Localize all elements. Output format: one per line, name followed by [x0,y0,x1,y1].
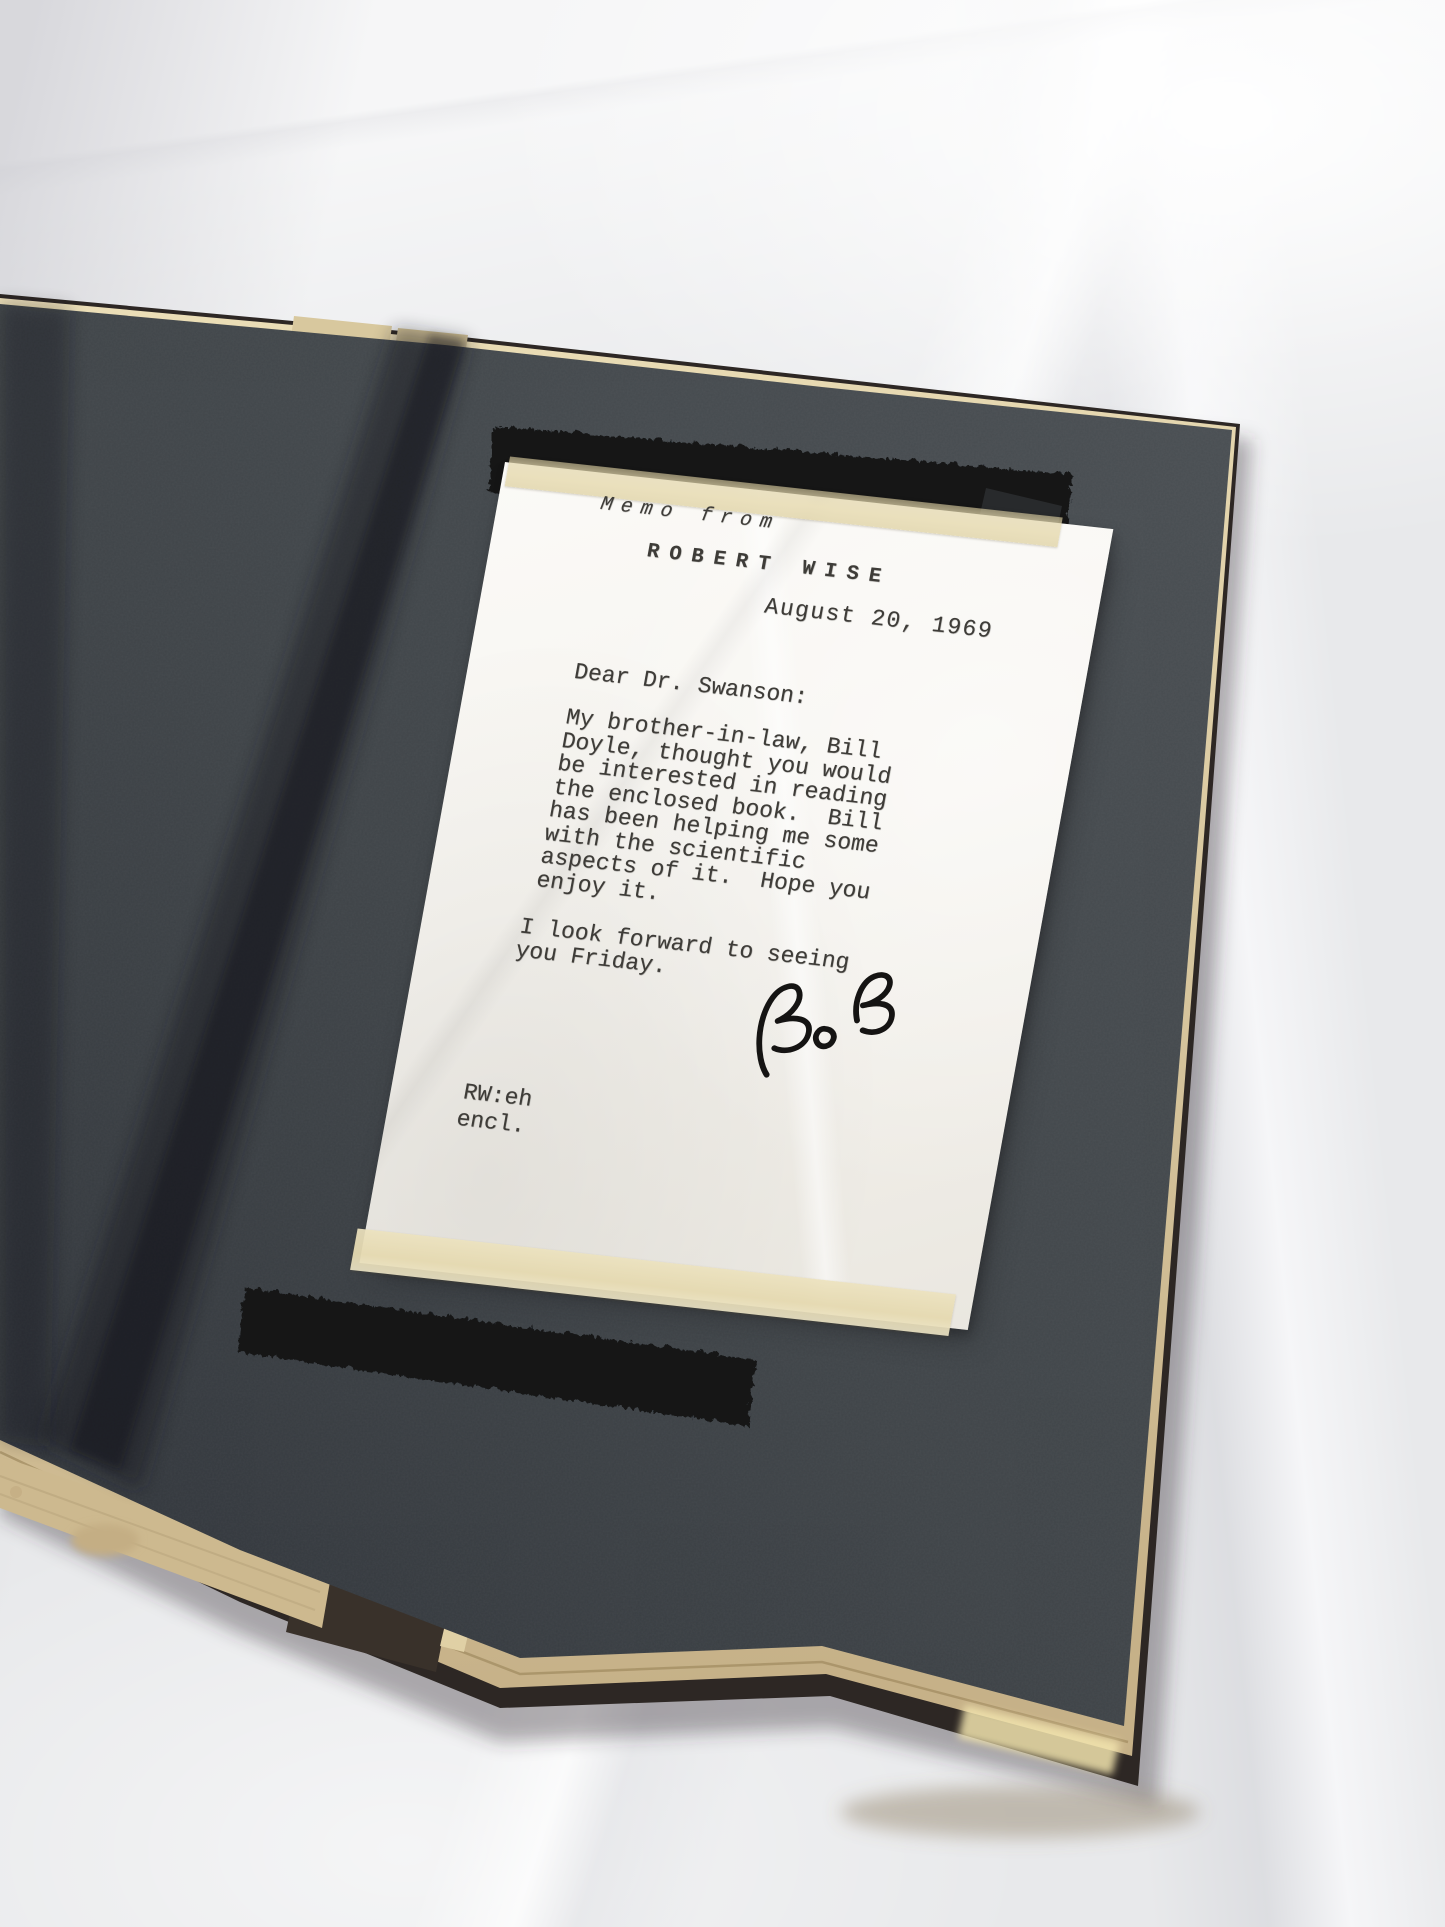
photo-scene: Memo from ROBERT WISE August 20, 1969 De… [0,0,1445,1927]
cloth-fray [1,1463,15,1477]
memo-date: August 20, 1969 [762,594,995,645]
letterhead-name: ROBERT WISE [645,540,893,590]
signature-bob [746,962,931,1093]
corner-shadow [840,1786,1200,1838]
cloth-wrinkle [71,1524,139,1556]
salutation: Dear Dr. Swanson: [572,659,810,710]
cloth-fray-2 [10,1486,22,1498]
memo-body: My brother-in-law, Bill Doyle, thought y… [534,706,897,928]
signature-stroke [757,974,893,1075]
